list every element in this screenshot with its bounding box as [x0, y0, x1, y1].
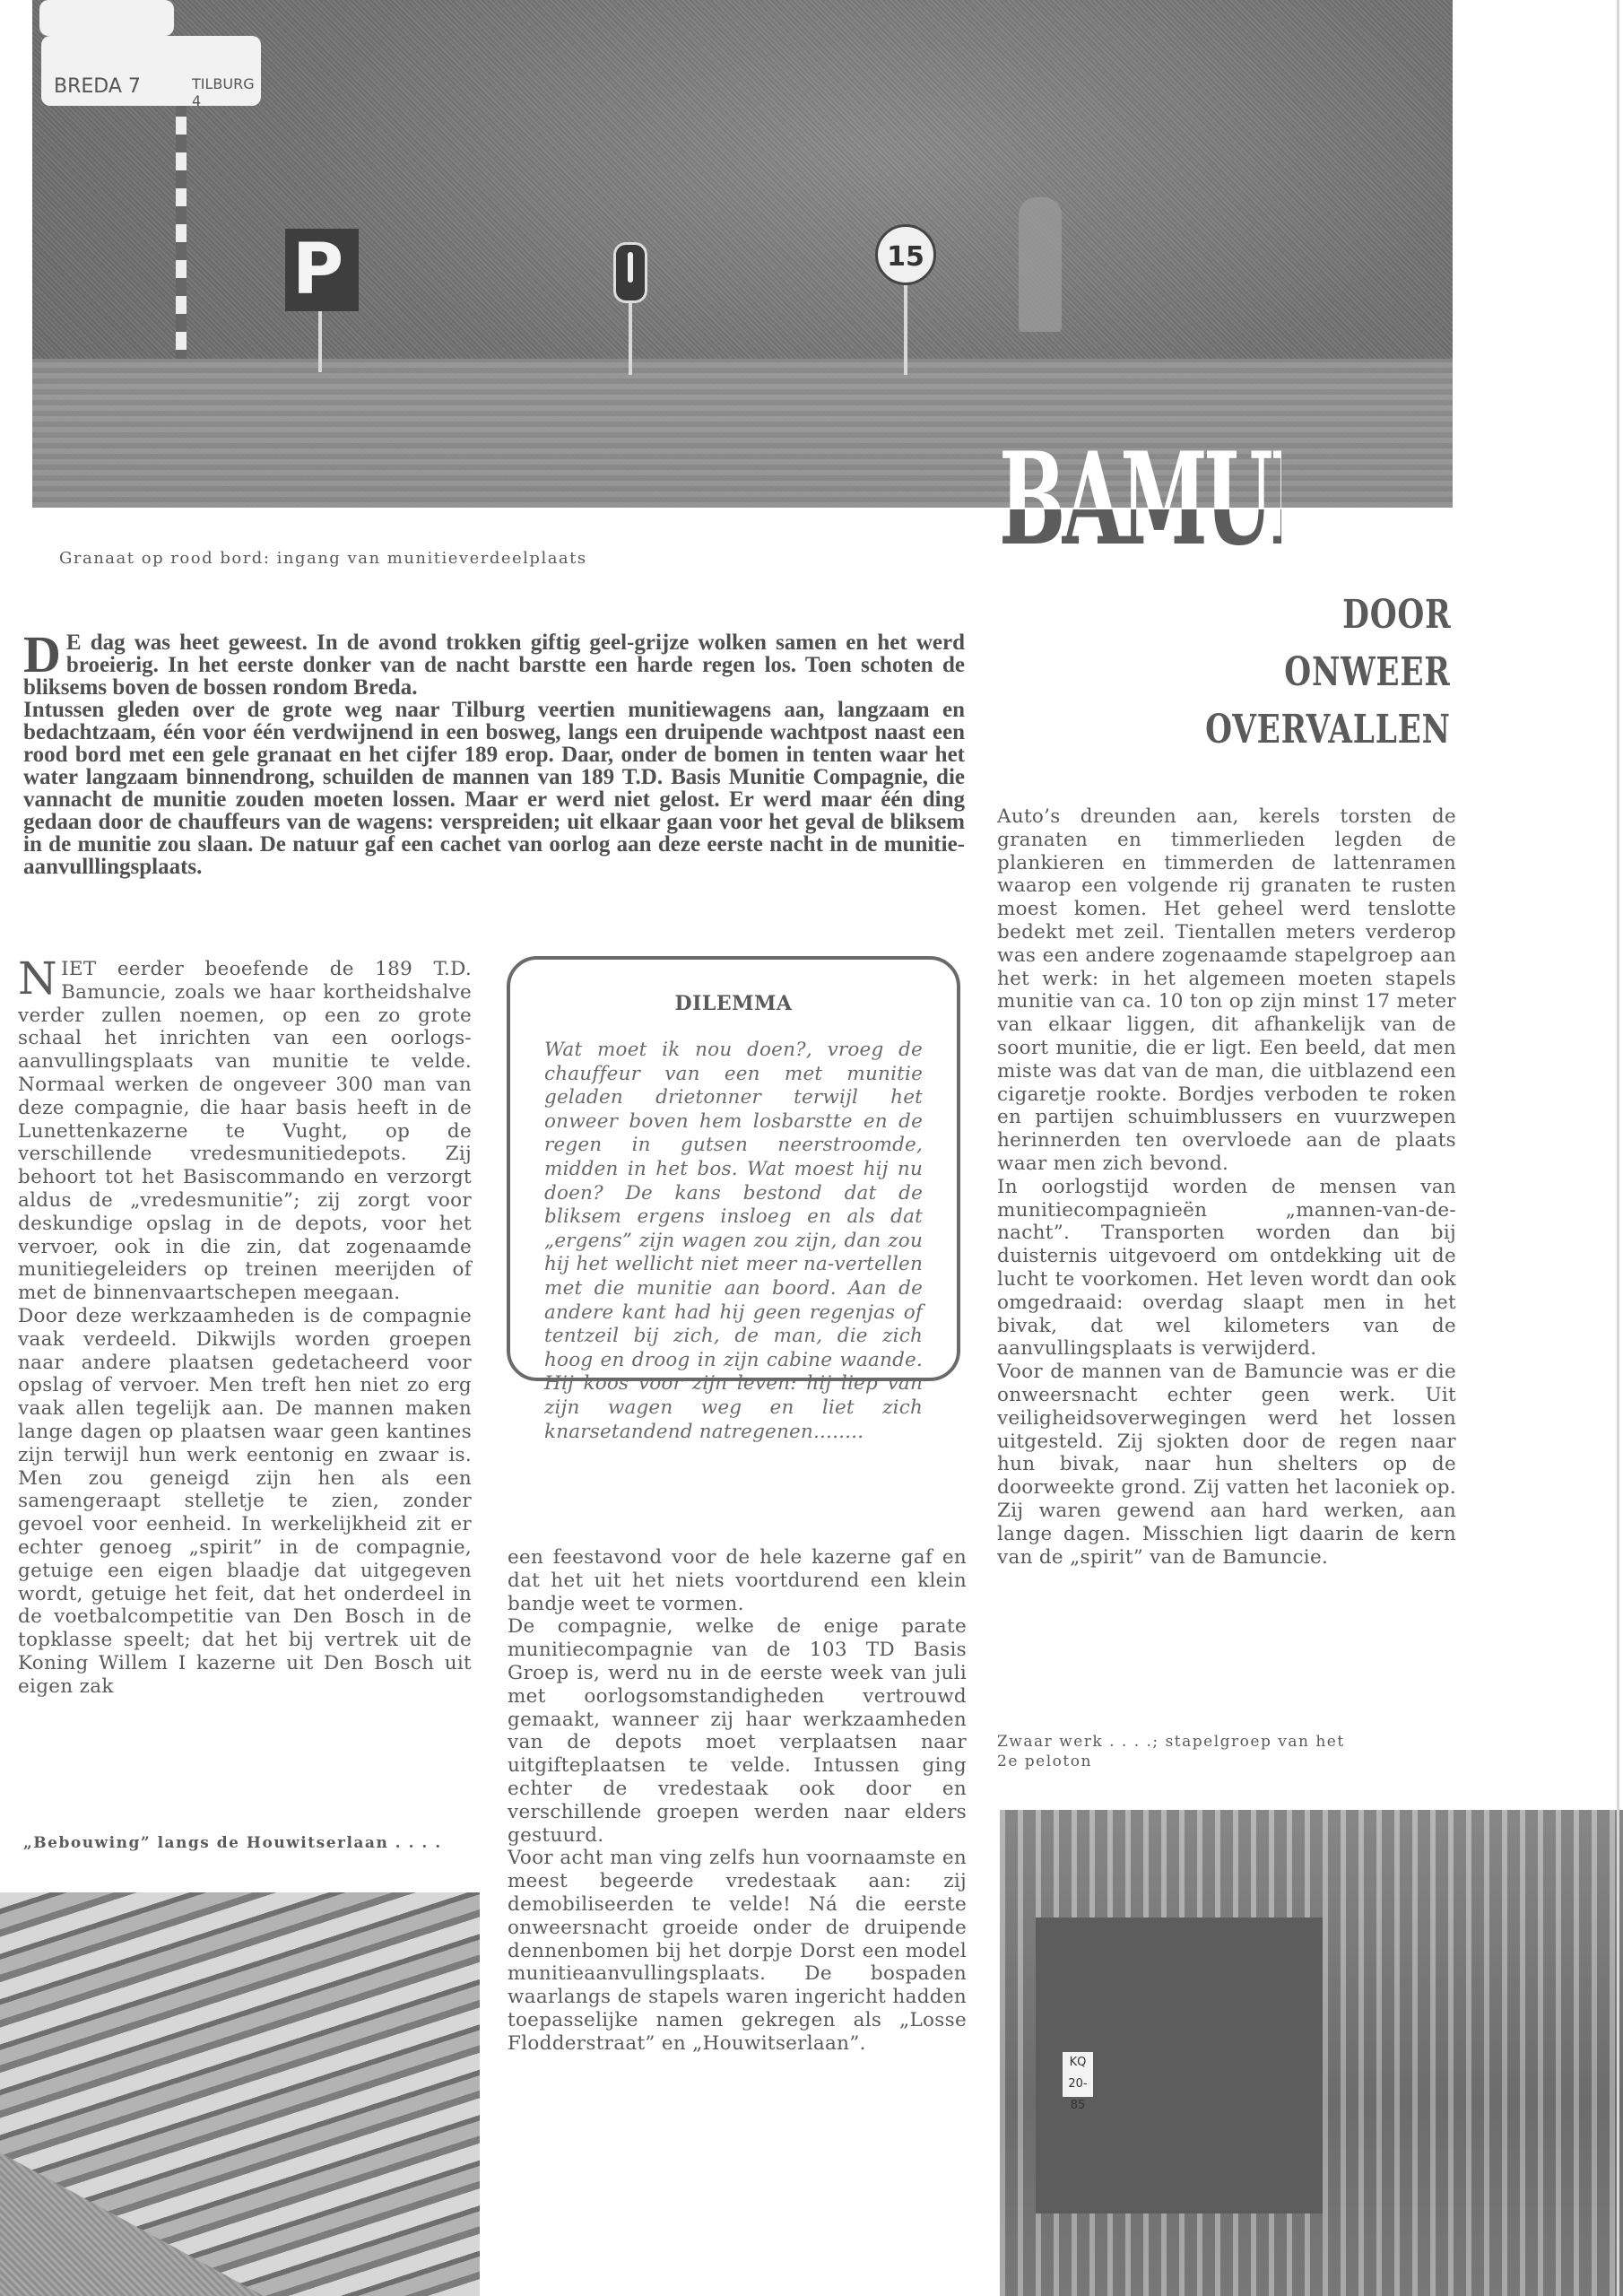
signpost-pole	[176, 81, 187, 359]
parking-sign-pole	[318, 309, 322, 372]
granaat-sign-pole	[629, 303, 632, 375]
speed-sign-pole	[904, 285, 907, 375]
signpost-tilburg: TILBURG 4	[192, 75, 261, 109]
dilemma-sidebar-box: DILEMMA Wat moet ik nou doen?, vroeg de …	[507, 956, 960, 1381]
bottom-right-photo-caption-line-1: Zwaar werk . . . .; stapelgroep van het	[997, 1733, 1345, 1751]
article-column-3: Auto’s dreunden aan, kerels torsten de g…	[997, 805, 1456, 1569]
signpost-breda: BREDA 7	[54, 75, 141, 98]
signpost-upper-board	[39, 0, 174, 36]
article-column-1: N IET eerder beoefende de 189 T.D. Bamun…	[18, 958, 472, 1699]
top-photo-caption: Granaat op rood bord: ingang van munitie…	[59, 549, 587, 568]
dilemma-title: DILEMMA	[510, 992, 957, 1015]
granaat-sign	[613, 242, 647, 303]
subhead-line-1: DOOR	[1342, 592, 1451, 638]
signpost-direction-board: BREDA 7 TILBURG 4	[41, 36, 261, 106]
lead-paragraph: D E dag was heet geweest. In de avond tr…	[23, 631, 965, 878]
subhead-line-2: ONWEER	[1285, 649, 1451, 695]
subhead-line-3: OVERVALLEN	[1205, 707, 1451, 752]
bottom-right-photo-caption-line-2: 2e peloton	[997, 1752, 1092, 1770]
lead-drop-cap: D	[23, 633, 61, 676]
speed-limit-sign: 15	[875, 224, 936, 285]
parking-sign: P	[285, 229, 359, 311]
sentry-figure	[1019, 197, 1062, 332]
column-2-paragraph-2: De compagnie, welke de enige parate muni…	[508, 1615, 967, 1847]
headline-title-overlay: BAMUNCIE	[999, 447, 1454, 509]
bottom-left-photo-caption: „Bebouwing” langs de Houwitserlaan . . .…	[23, 1834, 442, 1852]
column-2-paragraph-3: Voor acht man ving zelfs hun voornaamste…	[508, 1847, 967, 2055]
column-2-paragraph-1: een feestavond voor de hele kazerne gaf …	[508, 1546, 967, 1615]
dilemma-text: Wat moet ik nou doen?, vroeg de chauffeu…	[544, 1039, 923, 1444]
bottom-right-photo-stacking-group: KQ 20-85	[1000, 1810, 1623, 2296]
page-edge	[1617, 0, 1619, 2296]
lead-paragraph-1: E dag was heet geweest. In de avond trok…	[23, 631, 965, 699]
column-3-paragraph-1: Auto’s dreunden aan, kerels torsten de g…	[997, 805, 1456, 1176]
license-plate: KQ 20-85	[1063, 2052, 1093, 2097]
article-column-2: een feestavond voor de hele kazerne gaf …	[508, 1546, 967, 2056]
column-1-paragraph-1: IET eerder beoefende de 189 T.D. Bamunci…	[18, 958, 472, 1305]
column-1-paragraph-2: Door deze werkzaamheden is de compagnie …	[18, 1305, 472, 1699]
column-3-paragraph-2: In oorlogstijd worden de mensen van muni…	[997, 1176, 1456, 1361]
column-3-paragraph-3: Voor de mannen van de Bamuncie was er di…	[997, 1361, 1456, 1569]
forest-floor	[0, 2152, 480, 2296]
bottom-left-photo-shell-stacks	[0, 1892, 480, 2296]
lead-paragraph-2: Intussen gleden over de grote weg naar T…	[23, 699, 965, 878]
top-photo-road-signs: BREDA 7 TILBURG 4 P 15	[32, 0, 1453, 508]
column-1-drop-cap: N	[18, 958, 57, 999]
